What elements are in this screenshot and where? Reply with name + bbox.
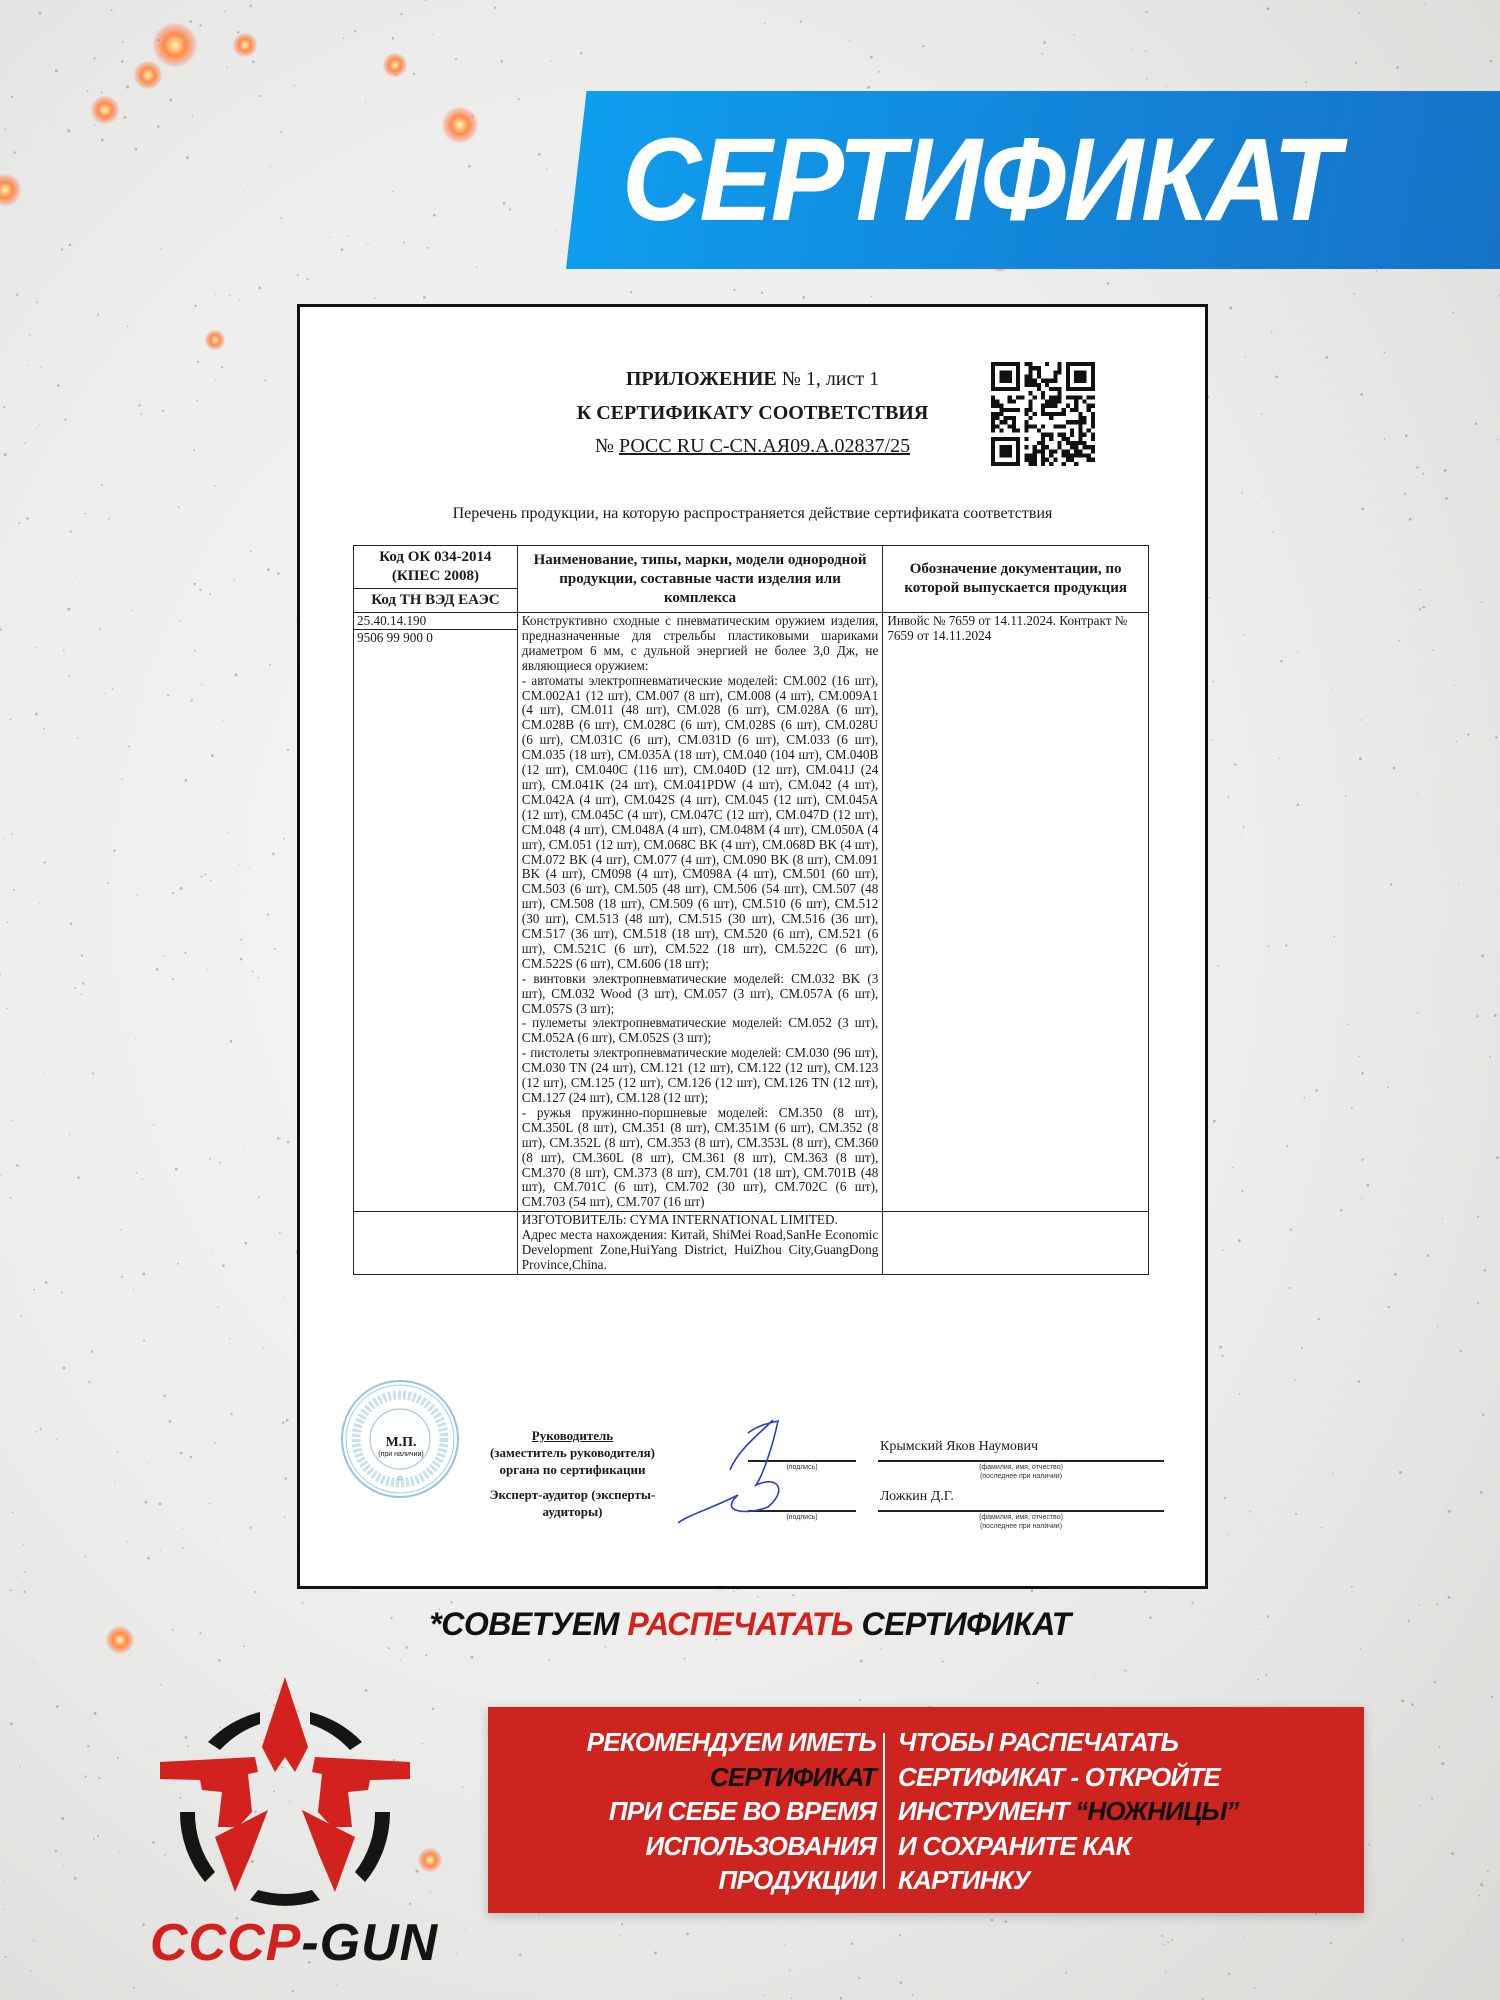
product-group-machineguns: - пулеметы электропневматические моделей… <box>522 1016 879 1046</box>
empty-cell <box>354 1212 518 1275</box>
header-code-tn: Код ТН ВЭД ЕАЭС <box>354 589 517 612</box>
product-table: Код ОК 034-2014 (КПЕС 2008) Код ТН ВЭД Е… <box>353 545 1149 1275</box>
manufacturer-cell: ИЗГОТОВИТЕЛЬ: CYMA INTERNATIONAL LIMITED… <box>517 1212 883 1275</box>
name-line-1 <box>878 1460 1164 1462</box>
name-caption-line: (фамилия, имя, отчество) <box>878 1513 1164 1522</box>
product-group-automatic: - автоматы электропневматические моделей… <box>522 674 879 972</box>
signatory-name-1: Крымский Яков Наумович <box>880 1439 1038 1455</box>
seal-note: (при наличии) <box>378 1451 424 1458</box>
name-caption-1: (фамилия, имя, отчество) (последнее при … <box>878 1463 1164 1481</box>
product-list-subtitle: Перечень продукции, на которую распростр… <box>300 505 1205 523</box>
header-documentation: Обозначение документации, по которой вып… <box>883 546 1149 613</box>
header-banner: СЕРТИФИКАТ <box>566 91 1500 269</box>
seal-mp: М.П. <box>378 1435 424 1451</box>
info-left-line: ИСПОЛЬЗОВАНИЯ <box>496 1829 876 1864</box>
name-caption-line: (последнее при наличии) <box>878 1472 1164 1481</box>
empty-cell <box>883 1212 1149 1275</box>
role-expert: Эксперт-аудитор (эксперты-аудиторы) <box>470 1486 675 1520</box>
info-right-line: КАРТИНКУ <box>898 1863 1338 1898</box>
manufacturer-name: ИЗГОТОВИТЕЛЬ: CYMA INTERNATIONAL LIMITED… <box>522 1213 879 1228</box>
code-ok-value: 25.40.14.190 <box>354 613 517 630</box>
appendix-label: ПРИЛОЖЕНИЕ <box>626 368 777 390</box>
brand-name-red: CCCP <box>150 1914 301 1972</box>
brand-name-dark: -GUN <box>301 1914 438 1972</box>
documentation-value: Инвойс № 7659 от 14.11.2024. Контракт № … <box>883 613 1149 1212</box>
header-product-name: Наименование, типы, марки, модели одноро… <box>517 546 883 613</box>
handwritten-signature-icon <box>678 1415 858 1525</box>
seal-label: М.П. (при наличии) <box>378 1435 424 1458</box>
name-line-2 <box>878 1510 1164 1512</box>
role-head: Руководитель <box>470 1427 675 1444</box>
info-right-line: СЕРТИФИКАТ - ОТКРОЙТЕ <box>898 1760 1338 1795</box>
advice-prefix: *СОВЕТУЕМ <box>429 1606 627 1642</box>
info-right-line: ЧТОБЫ РАСПЕЧАТАТЬ <box>898 1725 1338 1760</box>
name-caption-2: (фамилия, имя, отчество) (последнее при … <box>878 1513 1164 1531</box>
product-description: Конструктивно сходные с пневматическим о… <box>517 613 883 1212</box>
codes-cell: 25.40.14.190 9506 99 900 0 <box>354 613 518 1212</box>
role-head-detail: (заместитель руководителя) органа по сер… <box>470 1444 675 1478</box>
certificate-document: ПРИЛОЖЕНИЕ № 1, лист 1 К СЕРТИФИКАТУ СОО… <box>297 304 1208 1589</box>
info-left-line: РЕКОМЕНДУЕМ ИМЕТЬ <box>496 1725 876 1760</box>
info-divider <box>883 1733 885 1889</box>
code-tn-value: 9506 99 900 0 <box>354 630 517 647</box>
info-left-column: РЕКОМЕНДУЕМ ИМЕТЬ СЕРТИФИКАТ ПРИ СЕБЕ ВО… <box>496 1725 876 1898</box>
advice-suffix: СЕРТИФИКАТ <box>853 1606 1071 1642</box>
header-code-ok: Код ОК 034-2014 (КПЕС 2008) <box>354 546 517 589</box>
number-sign: № <box>595 435 614 457</box>
info-tool-label: ИНСТРУМЕНТ <box>898 1796 1075 1826</box>
info-right-column: ЧТОБЫ РАСПЕЧАТАТЬ СЕРТИФИКАТ - ОТКРОЙТЕ … <box>898 1725 1338 1898</box>
banner-title: СЕРТИФИКАТ <box>622 121 1338 239</box>
info-box: РЕКОМЕНДУЕМ ИМЕТЬ СЕРТИФИКАТ ПРИ СЕБЕ ВО… <box>488 1707 1364 1913</box>
svg-text:✲: ✲ <box>397 1474 404 1483</box>
signatory-roles: Руководитель (заместитель руководителя) … <box>470 1427 675 1520</box>
name-caption-line: (фамилия, имя, отчество) <box>878 1463 1164 1472</box>
info-right-line: ИНСТРУМЕНТ “НОЖНИЦЫ” <box>898 1794 1338 1829</box>
certificate-number-value: РОСС RU С-CN.АЯ09.А.02837/25 <box>619 435 910 457</box>
product-intro: Конструктивно сходные с пневматическим о… <box>522 614 879 674</box>
advice-accent: РАСПЕЧАТАТЬ <box>627 1606 853 1642</box>
header-codes: Код ОК 034-2014 (КПЕС 2008) Код ТН ВЭД Е… <box>354 546 518 613</box>
info-right-line: И СОХРАНИТЕ КАК <box>898 1829 1338 1864</box>
qr-code-icon <box>991 362 1095 466</box>
appendix-sheet: № 1, лист 1 <box>782 368 879 390</box>
table-row-manufacturer: ИЗГОТОВИТЕЛЬ: CYMA INTERNATIONAL LIMITED… <box>354 1212 1149 1275</box>
product-group-spring: - ружья пружинно-поршневые моделей: CM.3… <box>522 1106 879 1210</box>
table-row: 25.40.14.190 9506 99 900 0 Конструктивно… <box>354 613 1149 1212</box>
manufacturer-address: Адрес места нахождения: Китай, ShiMei Ro… <box>522 1228 879 1273</box>
name-caption-line: (последнее при наличии) <box>878 1522 1164 1531</box>
brand-name: CCCP-GUN <box>150 1913 438 1973</box>
product-group-pistols: - пистолеты электропневматические моделе… <box>522 1046 879 1106</box>
product-group-rifles: - винтовки электропневматические моделей… <box>522 972 879 1017</box>
table-header-row: Код ОК 034-2014 (КПЕС 2008) Код ТН ВЭД Е… <box>354 546 1149 613</box>
info-left-line: ПРОДУКЦИИ <box>496 1863 876 1898</box>
info-left-line: ПРИ СЕБЕ ВО ВРЕМЯ <box>496 1794 876 1829</box>
signatory-name-2: Ложкин Д.Г. <box>880 1489 954 1505</box>
print-advice: *СОВЕТУЕМ РАСПЕЧАТАТЬ СЕРТИФИКАТ <box>0 1606 1500 1643</box>
info-tool-name: “НОЖНИЦЫ” <box>1075 1796 1238 1826</box>
info-left-line-highlight: СЕРТИФИКАТ <box>496 1760 876 1795</box>
